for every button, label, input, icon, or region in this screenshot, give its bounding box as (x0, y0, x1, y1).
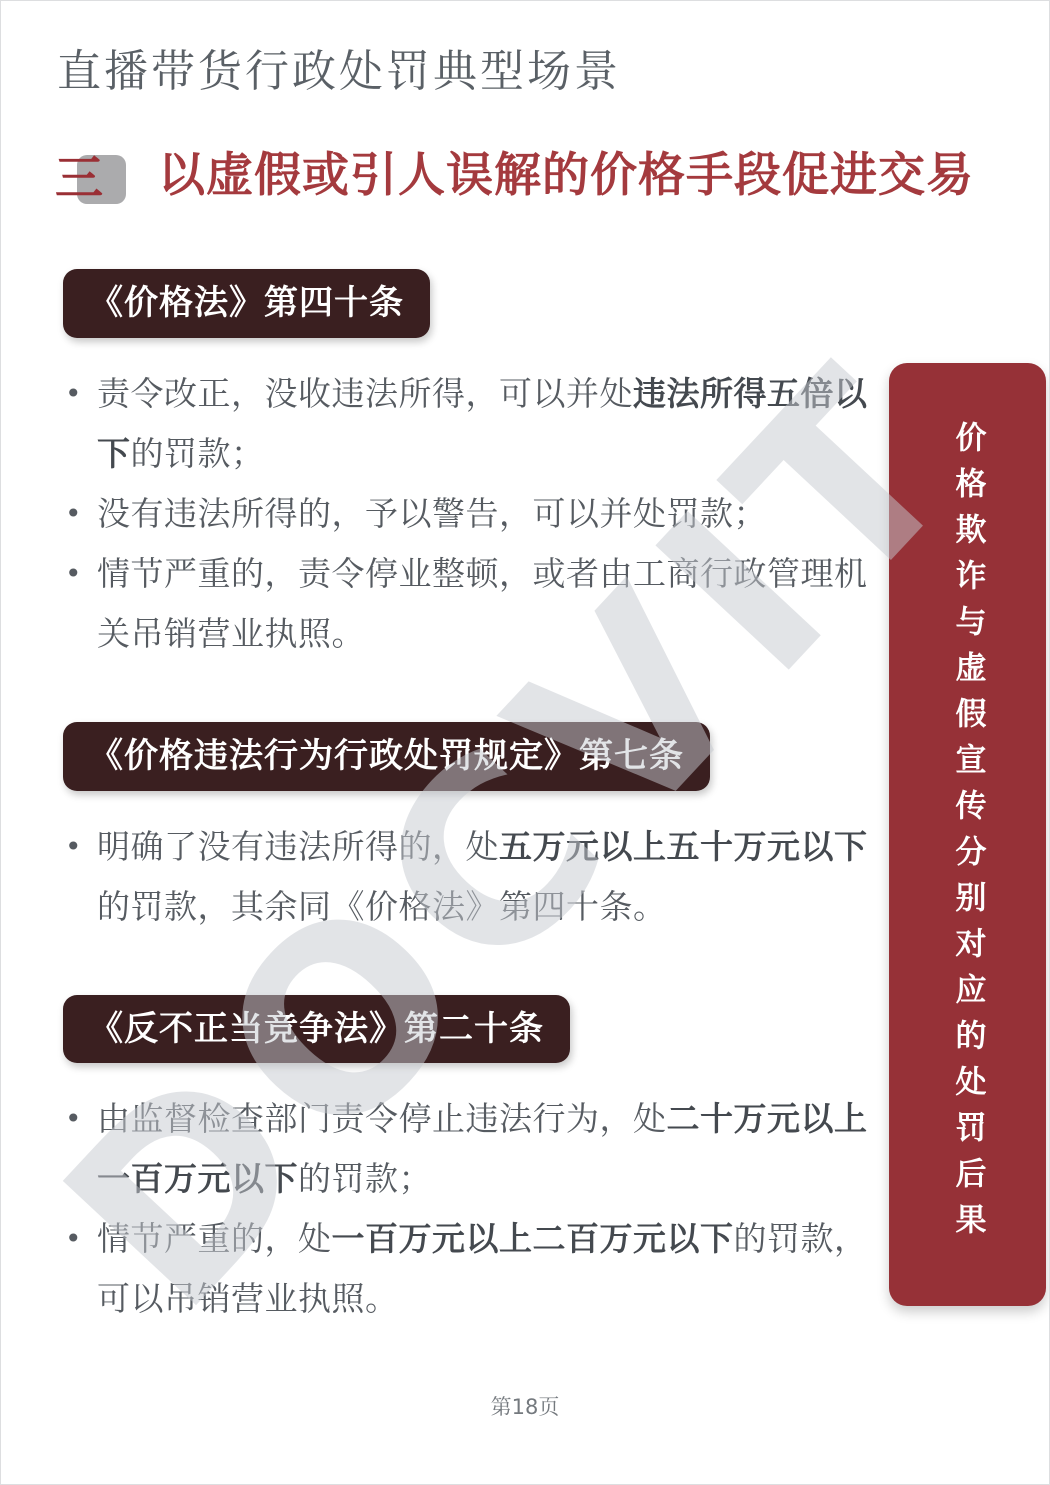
section-title: 以虚假或引人误解的价格手段促进交易 (158, 147, 974, 206)
bullet-list: 明确了没有违法所得的，处五万元以上五十万元以下的罚款，其余同《价格法》第四十条。 (63, 817, 875, 937)
bullet-text-bold: 一百万元以上二百万元以下 (332, 1219, 734, 1258)
law-section: 《价格违法行为行政处罚规定》第七条明确了没有违法所得的，处五万元以上五十万元以下… (63, 722, 875, 937)
section-number: 三 (55, 151, 103, 205)
bullet-item: 没有违法所得的，予以警告，可以并处罚款； (63, 484, 875, 544)
bullet-item: 责令改正，没收违法所得，可以并处违法所得五倍以下的罚款； (63, 364, 875, 484)
bullet-item: 由监督检查部门责令停止违法行为，处二十万元以上一百万元以下的罚款； (63, 1089, 875, 1209)
bullet-text: 责令改正，没收违法所得，可以并处 (97, 374, 633, 413)
sidebar-callout: 价格欺诈与虚假宣传分别对应的处罚后果 (889, 363, 1046, 1306)
bullet-text: 的罚款； (131, 434, 265, 473)
bullet-item: 明确了没有违法所得的，处五万元以上五十万元以下的罚款，其余同《价格法》第四十条。 (63, 817, 875, 937)
bullet-list: 由监督检查部门责令停止违法行为，处二十万元以上一百万元以下的罚款；情节严重的，处… (63, 1089, 875, 1329)
bullet-text: 明确了没有违法所得的，处 (97, 827, 499, 866)
bullet-item: 情节严重的，处一百万元以上二百万元以下的罚款，可以吊销营业执照。 (63, 1209, 875, 1329)
bullet-list: 责令改正，没收违法所得，可以并处违法所得五倍以下的罚款；没有违法所得的，予以警告… (63, 364, 875, 664)
bullet-text-bold: 五万元以上五十万元以下 (499, 827, 868, 866)
bullet-text: 由监督检查部门责令停止违法行为，处 (97, 1099, 667, 1138)
bullet-text: 情节严重的，责令停业整顿，或者由工商行政管理机关吊销营业执照。 (97, 554, 868, 653)
law-section: 《反不正当竞争法》第二十条由监督检查部门责令停止违法行为，处二十万元以上一百万元… (63, 995, 875, 1330)
section-number-marker: 三 (77, 155, 126, 204)
bullet-item: 情节严重的，责令停业整顿，或者由工商行政管理机关吊销营业执照。 (63, 544, 875, 664)
law-badge: 《价格违法行为行政处罚规定》第七条 (63, 722, 710, 791)
document-page: 直播带货行政处罚典型场景 三 以虚假或引人误解的价格手段促进交易 《价格法》第四… (0, 0, 1050, 1485)
sections: 《价格法》第四十条责令改正，没收违法所得，可以并处违法所得五倍以下的罚款；没有违… (63, 269, 875, 1387)
section-heading: 三 以虚假或引人误解的价格手段促进交易 (77, 147, 974, 206)
page-title: 直播带货行政处罚典型场景 (57, 43, 621, 100)
law-badge: 《反不正当竞争法》第二十条 (63, 995, 570, 1064)
bullet-text: 的罚款； (298, 1159, 432, 1198)
page-number: 第18页 (1, 1391, 1049, 1421)
bullet-text: 的罚款，其余同《价格法》第四十条。 (97, 887, 667, 926)
law-section: 《价格法》第四十条责令改正，没收违法所得，可以并处违法所得五倍以下的罚款；没有违… (63, 269, 875, 664)
sidebar-vertical-text: 价格欺诈与虚假宣传分别对应的处罚后果 (950, 421, 984, 1249)
law-badge: 《价格法》第四十条 (63, 269, 430, 338)
bullet-text: 情节严重的，处 (97, 1219, 332, 1258)
bullet-text: 没有违法所得的，予以警告，可以并处罚款； (97, 494, 767, 533)
